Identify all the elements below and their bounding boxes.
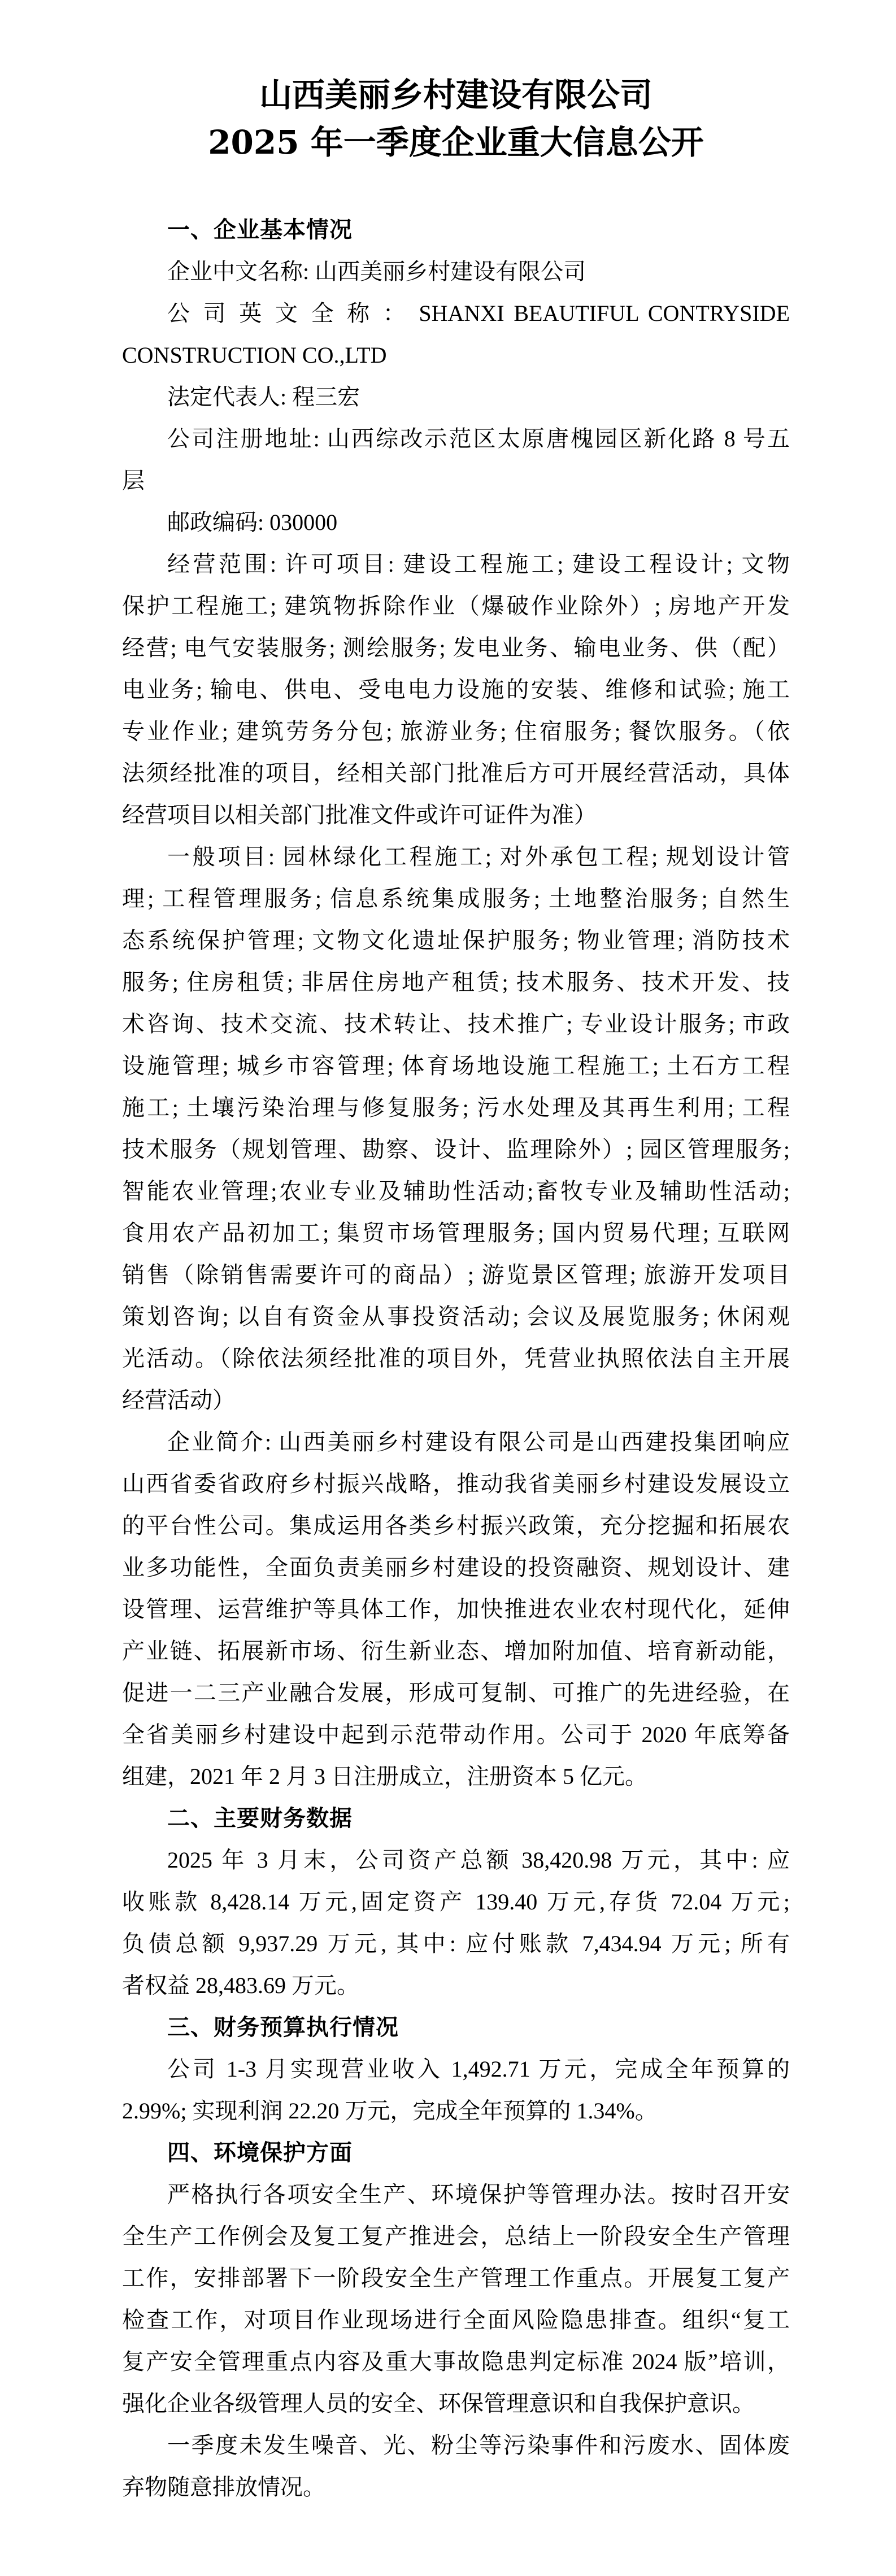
text-line: 技术服务（规划管理、勘察、设计、监理除外）; 园区管理服务; xyxy=(122,1129,790,1170)
document-title-line1: 山西美丽乡村建设有限公司 xyxy=(122,71,790,119)
text-line: 负债总额 9,937.29 万元, 其中: 应付账款 7,434.94 万元; … xyxy=(122,1923,790,1965)
text-line: 术咨询、技术交流、技术转让、技术推广; 专业设计服务; 市政 xyxy=(122,1003,790,1045)
text-line: 工作，安排部署下一阶段安全生产管理工作重点。开展复工复产 xyxy=(122,2257,790,2299)
text-line: 服务; 住房租赁; 非居住房地产租赁; 技术服务、技术开发、技 xyxy=(122,961,790,1003)
text-line: 经营范围: 许可项目: 建设工程施工; 建设工程设计; 文物 xyxy=(122,543,790,585)
text-line: 公司 1-3 月实现营业收入 1,492.71 万元，完成全年预算的 xyxy=(122,2048,790,2090)
text-line: 设施管理; 城乡市容管理; 体育场地设施工程施工; 土石方工程 xyxy=(122,1045,790,1087)
text-line: 全省美丽乡村建设中起到示范带动作用。公司于 2020 年底筹备 xyxy=(122,1714,790,1756)
text-line: 全生产工作例会及复工复产推进会，总结上一阶段安全生产管理 xyxy=(122,2216,790,2257)
text-line: 者权益 28,483.69 万元。 xyxy=(122,1965,790,2007)
text-line: 食用农产品初加工; 集贸市场管理服务; 国内贸易代理; 互联网 xyxy=(122,1212,790,1254)
text-line: CONSTRUCTION CO.,LTD xyxy=(122,334,790,376)
text-line: 电业务; 输电、供电、受电电力设施的安装、维修和试验; 施工 xyxy=(122,669,790,711)
text-line: 业多功能性，全面负责美丽乡村建设的投资融资、规划设计、建 xyxy=(122,1547,790,1589)
text-line: 经营; 电气安装服务; 测绘服务; 发电业务、输电业务、供（配） xyxy=(122,627,790,669)
text-line: 设管理、运营维护等具体工作，加快推进农业农村现代化，延伸 xyxy=(122,1589,790,1630)
text-line: 销售（除销售需要许可的商品）; 游览景区管理; 旅游开发项目 xyxy=(122,1254,790,1296)
text-line: 智能农业管理;农业专业及辅助性活动;畜牧专业及辅助性活动; xyxy=(122,1170,790,1212)
text-line: 理; 工程管理服务; 信息系统集成服务; 土地整治服务; 自然生 xyxy=(122,878,790,920)
document-page: 山西美丽乡村建设有限公司 2025 年一季度企业重大信息公开 一、企业基本情况企… xyxy=(0,0,896,2576)
text-line: 层 xyxy=(122,460,790,502)
text-line: 专业作业; 建筑劳务分包; 旅游业务; 住宿服务; 餐饮服务。（依 xyxy=(122,711,790,752)
text-line: 严格执行各项安全生产、环境保护等管理办法。按时召开安 xyxy=(122,2174,790,2216)
document-body: 一、企业基本情况企业中文名称: 山西美丽乡村建设有限公司公 司 英 文 全 称 … xyxy=(122,209,790,2508)
text-line: 法须经批准的项目，经相关部门批准后方可开展经营活动，具体 xyxy=(122,752,790,794)
document-title-line2: 2025 年一季度企业重大信息公开 xyxy=(122,119,790,166)
text-line: 经营活动） xyxy=(122,1380,790,1421)
section-heading: 一、企业基本情况 xyxy=(122,209,790,251)
text-line: 法定代表人: 程三宏 xyxy=(122,376,790,418)
text-line: 强化企业各级管理人员的安全、环保管理意识和自我保护意识。 xyxy=(122,2383,790,2425)
text-line: 产业链、拓展新市场、衍生新业态、增加附加值、培育新动能， xyxy=(122,1630,790,1672)
text-line: 企业简介: 山西美丽乡村建设有限公司是山西建投集团响应 xyxy=(122,1421,790,1463)
document-content: 山西美丽乡村建设有限公司 2025 年一季度企业重大信息公开 一、企业基本情况企… xyxy=(122,71,790,2508)
text-line: 态系统保护管理; 文物文化遗址保护服务; 物业管理; 消防技术 xyxy=(122,920,790,961)
text-line: 检查工作，对项目作业现场进行全面风险隐患排查。组织“复工 xyxy=(122,2299,790,2341)
text-line: 复产安全管理重点内容及重大事故隐患判定标准 2024 版”培训， xyxy=(122,2341,790,2383)
text-line: 保护工程施工; 建筑物拆除作业（爆破作业除外）; 房地产开发 xyxy=(122,585,790,627)
text-line: 山西省委省政府乡村振兴战略，推动我省美丽乡村建设发展设立 xyxy=(122,1463,790,1505)
text-line: 公司注册地址: 山西综改示范区太原唐槐园区新化路 8 号五 xyxy=(122,418,790,460)
section-heading: 四、环境保护方面 xyxy=(122,2132,790,2174)
text-line: 一般项目: 园林绿化工程施工; 对外承包工程; 规划设计管 xyxy=(122,836,790,878)
text-line: 企业中文名称: 山西美丽乡村建设有限公司 xyxy=(122,251,790,293)
section-heading: 三、财务预算执行情况 xyxy=(122,2007,790,2048)
text-line: 邮政编码: 030000 xyxy=(122,502,790,543)
text-line: 收账款 8,428.14 万元,固定资产 139.40 万元,存货 72.04 … xyxy=(122,1881,790,1923)
text-line: 促进一二三产业融合发展，形成可复制、可推广的先进经验，在 xyxy=(122,1672,790,1714)
text-line: 2.99%; 实现利润 22.20 万元，完成全年预算的 1.34%。 xyxy=(122,2090,790,2132)
text-line: 的平台性公司。集成运用各类乡村振兴政策，充分挖掘和拓展农 xyxy=(122,1505,790,1547)
text-line: 组建，2021 年 2 月 3 日注册成立，注册资本 5 亿元。 xyxy=(122,1756,790,1798)
text-line: 公 司 英 文 全 称 ： SHANXI BEAUTIFUL CONTRYSID… xyxy=(122,293,790,334)
text-line: 一季度未发生噪音、光、粉尘等污染事件和污废水、固体废 xyxy=(122,2425,790,2466)
text-line: 施工; 土壤污染治理与修复服务; 污水处理及其再生利用; 工程 xyxy=(122,1087,790,1129)
text-line: 光活动。（除依法须经批准的项目外，凭营业执照依法自主开展 xyxy=(122,1338,790,1380)
section-heading: 二、主要财务数据 xyxy=(122,1798,790,1839)
text-line: 经营项目以相关部门批准文件或许可证件为准） xyxy=(122,794,790,836)
document-title: 山西美丽乡村建设有限公司 2025 年一季度企业重大信息公开 xyxy=(122,71,790,166)
text-line: 策划咨询; 以自有资金从事投资活动; 会议及展览服务; 休闲观 xyxy=(122,1296,790,1338)
text-line: 弃物随意排放情况。 xyxy=(122,2466,790,2508)
text-line: 2025 年 3 月末，公司资产总额 38,420.98 万元，其中: 应 xyxy=(122,1839,790,1881)
